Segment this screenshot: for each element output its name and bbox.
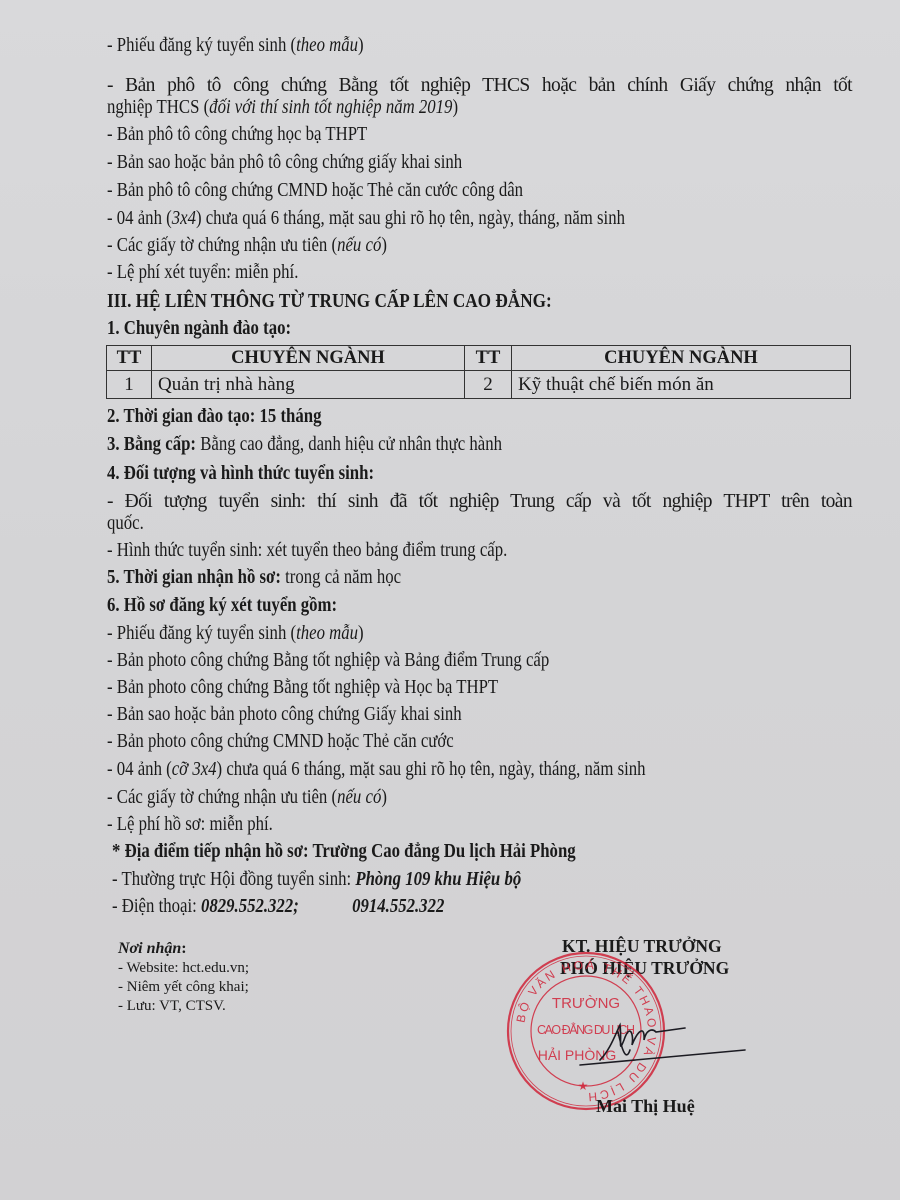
table-header-row: TT CHUYÊN NGÀNH TT CHUYÊN NGÀNH xyxy=(107,346,851,371)
doc-item-registration-form: - Phiếu đăng ký tuyển sinh (theo mẫu) xyxy=(107,35,364,57)
svg-text:HẢI PHÒNG: HẢI PHÒNG xyxy=(538,1047,617,1063)
header-major-1: CHUYÊN NGÀNH xyxy=(152,346,465,371)
degree: 3. Bằng cấp: Bằng cao đẳng, danh hiệu cử… xyxy=(107,434,502,456)
signatory-name: Mai Thị Huệ xyxy=(596,1096,695,1117)
signature-title-1: KT. HIỆU TRƯỞNG xyxy=(562,936,722,957)
cell-major-2: Kỹ thuật chế biến món ăn xyxy=(512,371,851,399)
svg-text:TRƯỜNG: TRƯỜNG xyxy=(552,995,620,1012)
doc-item-fee: - Lệ phí xét tuyển: miễn phí. xyxy=(107,262,298,284)
admission-council: - Thường trực Hội đồng tuyển sinh: Phòng… xyxy=(112,869,521,891)
doc-item-birth-certificate: - Bản sao hoặc bản phô tô công chứng giấ… xyxy=(107,152,462,174)
list-item: - Các giấy tờ chứng nhận ưu tiên (nếu có… xyxy=(107,787,387,809)
table-row: 1 Quản trị nhà hàng 2 Kỹ thuật chế biến … xyxy=(107,371,851,399)
handwritten-signature-icon xyxy=(560,1010,760,1090)
recipient-public: - Niêm yết công khai; xyxy=(118,979,249,996)
list-item: - 04 ảnh (cỡ 3x4) chưa quá 6 tháng, mặt … xyxy=(107,759,646,781)
recipients-heading: Nơi nhận: xyxy=(118,940,187,957)
header-tt-2: TT xyxy=(465,346,512,371)
doc-item-id-card: - Bản phô tô công chứng CMND hoặc Thẻ că… xyxy=(107,180,523,202)
list-item: - Bản photo công chứng Bằng tốt nghiệp v… xyxy=(107,677,498,699)
majors-heading: 1. Chuyên ngành đào tạo: xyxy=(107,318,291,340)
phone-numbers: - Điện thoại: 0829.552.322;0914.552.322 xyxy=(112,896,444,918)
admission-form: - Hình thức tuyển sinh: xét tuyển theo b… xyxy=(107,540,507,562)
receive-time: 5. Thời gian nhận hồ sơ: trong cả năm họ… xyxy=(107,567,401,589)
phone-1[interactable]: 0829.552.322; xyxy=(201,896,299,917)
recipient-archive: - Lưu: VT, CTSV. xyxy=(118,998,226,1015)
target-heading: 4. Đối tượng và hình thức tuyển sinh: xyxy=(107,463,374,485)
target-line2: quốc. xyxy=(107,513,144,535)
doc-item-transcript: - Bản phô tô công chứng học bạ THPT xyxy=(107,124,367,146)
phone-2[interactable]: 0914.552.322 xyxy=(352,896,444,917)
training-duration: 2. Thời gian đào tạo: 15 tháng xyxy=(107,406,321,428)
list-item: - Lệ phí hồ sơ: miễn phí. xyxy=(107,814,273,836)
list-item: - Bản photo công chứng CMND hoặc Thẻ căn… xyxy=(107,731,454,753)
cell-tt-1: 1 xyxy=(107,371,152,399)
target-line1: - Đối tượng tuyển sinh: thí sinh đã tốt … xyxy=(107,491,852,513)
recipient-website: - Website: hct.edu.vn; xyxy=(118,960,249,977)
cell-tt-2: 2 xyxy=(465,371,512,399)
majors-table: TT CHUYÊN NGÀNH TT CHUYÊN NGÀNH 1 Quản t… xyxy=(106,345,851,399)
signature-title-2: PHÓ HIỆU TRƯỞNG xyxy=(560,958,729,979)
submission-location: * Địa điểm tiếp nhận hồ sơ: Trường Cao đ… xyxy=(112,841,576,863)
list-item: - Bản sao hoặc bản photo công chứng Giấy… xyxy=(107,704,462,726)
doc-item-photos: - 04 ảnh (3x4) chưa quá 6 tháng, mặt sau… xyxy=(107,208,625,230)
doc-item-priority: - Các giấy tờ chứng nhận ưu tiên (nếu có… xyxy=(107,235,387,257)
svg-text:★: ★ xyxy=(578,1079,589,1093)
list-item: - Phiếu đăng ký tuyển sinh (theo mẫu) xyxy=(107,623,364,645)
section-iii-title: III. HỆ LIÊN THÔNG TỪ TRUNG CẤP LÊN CAO … xyxy=(107,290,552,312)
docs-heading: 6. Hồ sơ đăng ký xét tuyển gồm: xyxy=(107,595,337,617)
header-major-2: CHUYÊN NGÀNH xyxy=(512,346,851,371)
header-tt-1: TT xyxy=(107,346,152,371)
svg-text:CAO ĐẲNG DU LỊCH: CAO ĐẲNG DU LỊCH xyxy=(537,1022,635,1037)
list-item: - Bản photo công chứng Bằng tốt nghiệp v… xyxy=(107,650,549,672)
doc-item-thcs-certificate-line1: - Bản phô tô công chứng Bằng tốt nghiệp … xyxy=(107,75,852,97)
doc-item-thcs-certificate-line2: nghiệp THCS (đối với thí sinh tốt nghiệp… xyxy=(107,97,458,119)
cell-major-1: Quản trị nhà hàng xyxy=(152,371,465,399)
